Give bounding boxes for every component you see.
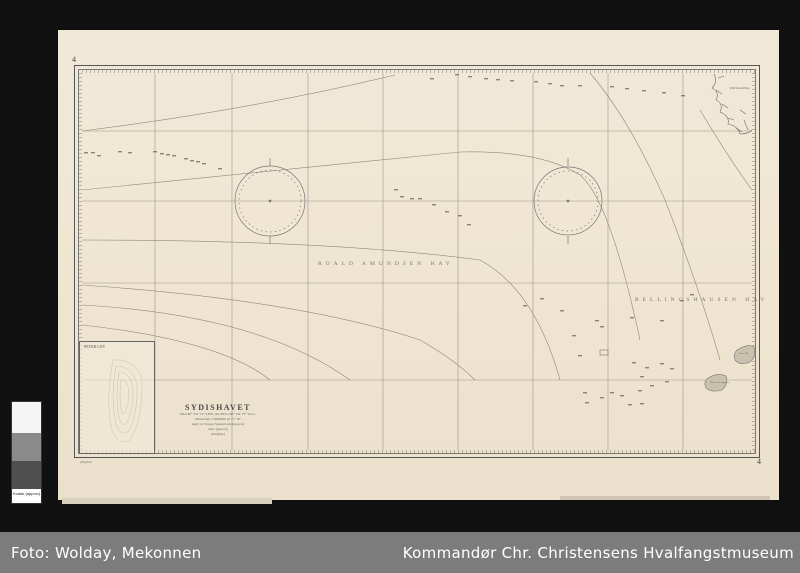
inset-title: PETER I ØY xyxy=(84,344,105,349)
place-label-patagonia: PATAGONIA xyxy=(730,86,749,90)
peter-i-inset-map xyxy=(79,341,155,454)
institution-name: Kommandør Chr. Christensens Hvalfangstmu… xyxy=(403,544,794,562)
sea-label-bellingshausen: BELLINGSHAUSEN HAV xyxy=(635,297,768,303)
sea-label-roald-amundsen: ROALD AMUNDSEN HAV xyxy=(318,261,454,267)
photo-credit: Foto: Wolday, Mekonnen xyxy=(11,544,201,562)
calibration-label: Kodak (approx) xyxy=(13,491,40,496)
chart-title-block: SYDISHAVET FRA 80° TIL 74° S.BR. OG FRA … xyxy=(163,403,273,437)
calibration-grey-patch xyxy=(12,433,41,461)
place-label-charcot: Charcot Ø (approx) xyxy=(710,381,730,384)
depth-soundings xyxy=(84,74,694,405)
chart-edition: (illegible) xyxy=(163,432,273,437)
chart-imprint: (illegible) xyxy=(80,460,92,464)
chart-title: SYDISHAVET xyxy=(163,403,273,412)
patagonia-coastline xyxy=(712,74,752,134)
color-calibration-strip: Kodak (approx) xyxy=(11,401,42,504)
place-label-peter-i: Peter I Ø xyxy=(739,352,748,355)
calibration-white-patch xyxy=(12,402,41,433)
islet-mark xyxy=(600,350,608,355)
magnetic-variation-lines xyxy=(82,73,752,380)
caption-bar: Foto: Wolday, Mekonnen Kommandør Chr. Ch… xyxy=(0,532,800,573)
calibration-dark-patch xyxy=(12,461,41,489)
